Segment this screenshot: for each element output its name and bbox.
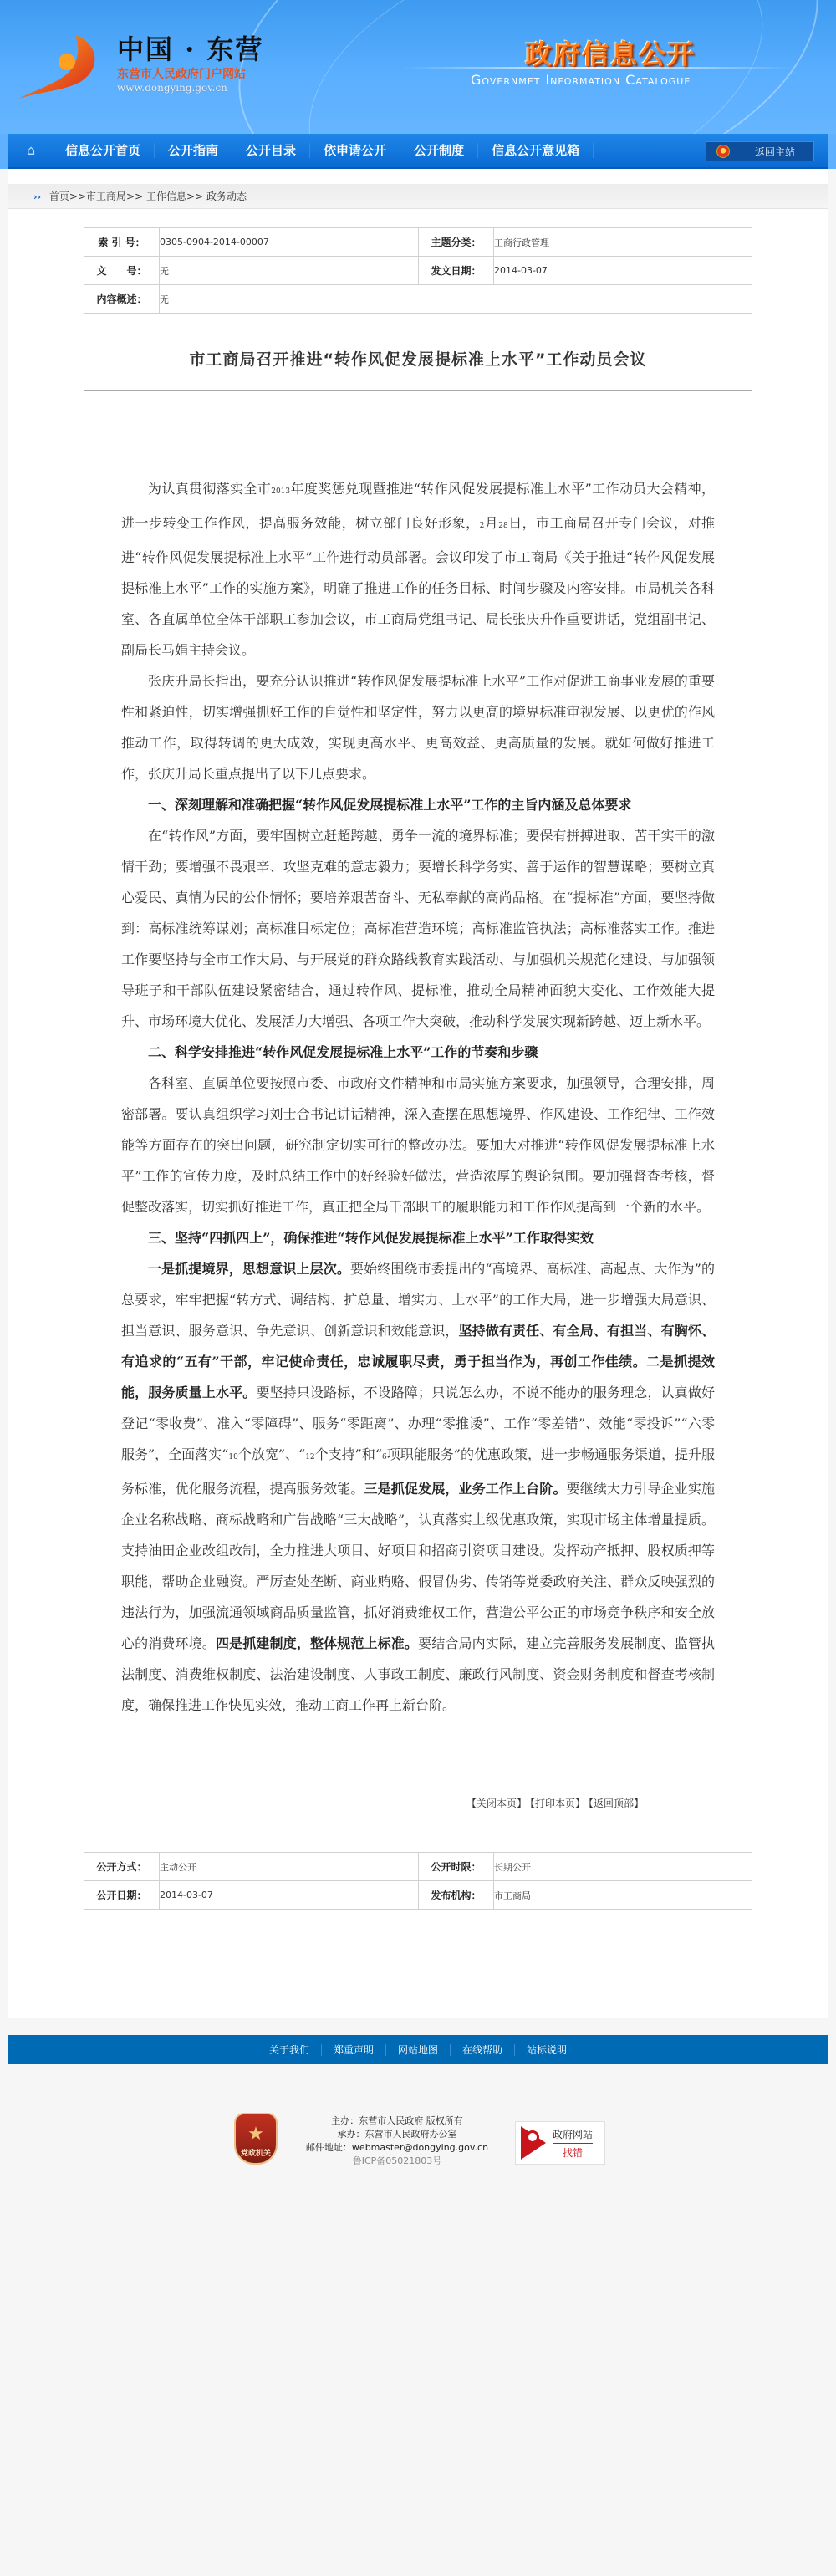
footer-text: 主办：东营市人民政府 版权所有 承办：东营市人民政府办公室 邮件地址：webma… xyxy=(284,2114,510,2168)
title-divider xyxy=(401,67,794,69)
report-site-error-button[interactable]: 政府网站 找错 xyxy=(515,2121,605,2165)
footer-email: 邮件地址：webmaster@dongying.gov.cn xyxy=(284,2141,510,2155)
index-no-value: 0305-0904-2014-00007 xyxy=(160,228,419,257)
paragraph-section-2: 各科室、直属单位要按照市委、市政府文件精神和市局实施方案要求，加强领导，合理安排… xyxy=(121,1068,715,1222)
summary-value: 无 xyxy=(160,285,752,314)
publish-mode-value: 主动公开 xyxy=(160,1853,419,1881)
publication-meta-table: 公开方式： 主动公开 公开时限： 长期公开 公开日期： 2014-03-07 发… xyxy=(84,1852,752,1910)
chevron-right-icon: ›› xyxy=(33,191,41,202)
gov-info-title-en: Governmet Information Catalogue xyxy=(471,72,691,88)
page-actions: 【关闭本页】【打印本页】【返回顶部】 xyxy=(84,1796,752,1810)
publisher-label: 发布机构： xyxy=(419,1881,494,1910)
back-to-top-link[interactable]: 【返回顶部】 xyxy=(589,1798,644,1809)
publish-date-label: 公开日期： xyxy=(84,1881,160,1910)
paragraph-director-remarks: 张庆升局长指出，要充分认识推进“转作风促发展提标准上水平”工作对促进工商事业发展… xyxy=(121,666,715,789)
doc-no-value: 无 xyxy=(160,257,419,285)
section-heading-1: 一、深刻理解和准确把握“转作风促发展提标准上水平”工作的主旨内涵及总体要求 xyxy=(121,789,715,820)
footer-icp[interactable]: 鲁ICP备05021803号 xyxy=(284,2155,510,2168)
publish-period-value: 长期公开 xyxy=(494,1853,752,1881)
publisher-value: 市工商局 xyxy=(494,1881,752,1910)
nav-wrapper: ⌂ 信息公开首页 公开指南 公开目录 依申请公开 公开制度 信息公开意见箱 返回… xyxy=(0,134,836,169)
summary-label: 内容概述： xyxy=(84,285,160,314)
main-nav: ⌂ 信息公开首页 公开指南 公开目录 依申请公开 公开制度 信息公开意见箱 返回… xyxy=(8,134,828,169)
index-no-label: 索 引 号： xyxy=(84,228,160,257)
nav-item-catalogue[interactable]: 公开目录 xyxy=(232,143,310,158)
document-meta-table: 索 引 号： 0305-0904-2014-00007 主题分类： 工商行政管理… xyxy=(84,227,752,314)
footer-info: ★ 党政机关 主办：东营市人民政府 版权所有 承办：东营市人民政府办公室 邮件地… xyxy=(0,2064,836,2248)
doc-no-label: 文 号： xyxy=(84,257,160,285)
article-body: 为认真贯彻落实全市2013年度奖惩兑现暨推进“转作风促发展提标准上水平”工作动员… xyxy=(121,473,715,1721)
close-page-link[interactable]: 【关闭本页】 xyxy=(466,1798,527,1809)
nav-item-feedback[interactable]: 信息公开意见箱 xyxy=(478,143,594,158)
footer-nav: 关于我们 郑重声明 网站地图 在线帮助 站标说明 xyxy=(8,2035,828,2064)
gov-info-title: 政府信息公开 xyxy=(525,33,696,72)
footer-link-help[interactable]: 在线帮助 xyxy=(451,2044,515,2056)
breadcrumb-gov-news[interactable]: 政务动态 xyxy=(206,191,247,202)
site-title: 中国 · 东营 xyxy=(117,28,263,67)
magnifier-icon xyxy=(526,2130,539,2144)
nav-item-home[interactable]: 信息公开首页 xyxy=(52,143,155,158)
footer-link-disclaimer[interactable]: 郑重声明 xyxy=(322,2044,386,2056)
national-emblem-icon xyxy=(716,145,730,158)
article-title: 市工商局召开推进“转作风促发展提标准上水平”工作动员会议 xyxy=(8,347,828,370)
issue-date-label: 发文日期： xyxy=(419,257,494,285)
breadcrumb-home[interactable]: 首页 xyxy=(49,191,69,202)
paragraph-intro: 为认真贯彻落实全市2013年度奖惩兑现暨推进“转作风促发展提标准上水平”工作动员… xyxy=(121,473,715,666)
category-value: 工商行政管理 xyxy=(494,228,752,257)
breadcrumb-work-info[interactable]: 工作信息 xyxy=(146,191,186,202)
breadcrumb: ›› 首页>>市工商局>> 工作信息>> 政务动态 xyxy=(8,184,828,209)
print-page-link[interactable]: 【打印本页】 xyxy=(530,1798,585,1809)
dongying-logo-icon xyxy=(15,32,107,99)
nav-item-apply[interactable]: 依申请公开 xyxy=(310,143,400,158)
publish-mode-label: 公开方式： xyxy=(84,1853,160,1881)
site-url: www.dongying.gov.cn xyxy=(117,82,227,94)
nav-item-rules[interactable]: 公开制度 xyxy=(400,143,478,158)
site-subtitle: 东营市人民政府门户网站 xyxy=(117,65,246,82)
section-heading-3: 三、坚持“四抓四上”，确保推进“转作风促发展提标准上水平”工作取得实效 xyxy=(121,1222,715,1253)
footer-organizer: 承办：东营市人民政府办公室 xyxy=(284,2128,510,2141)
paragraph-section-1: 在“转作风”方面，要牢固树立赶超跨越、勇争一流的境界标准；要保有拼搏进取、苦干实… xyxy=(121,820,715,1037)
footer-link-about[interactable]: 关于我们 xyxy=(257,2044,322,2056)
category-label: 主题分类： xyxy=(419,228,494,257)
home-icon[interactable]: ⌂ xyxy=(27,144,40,157)
paragraph-section-3: 一是抓提境界，思想意识上层次。要始终围绕市委提出的“高境界、高标准、高起点、大作… xyxy=(121,1253,715,1721)
back-to-main-site-label: 返回主站 xyxy=(755,145,795,159)
footer-link-logo-info[interactable]: 站标说明 xyxy=(515,2044,579,2056)
publish-date-value: 2014-03-07 xyxy=(160,1881,419,1910)
breadcrumb-bureau[interactable]: 市工商局 xyxy=(86,191,126,202)
issue-date-value: 2014-03-07 xyxy=(494,257,752,285)
publish-period-label: 公开时限： xyxy=(419,1853,494,1881)
back-to-main-site-button[interactable]: 返回主站 xyxy=(706,141,814,161)
section-heading-2: 二、科学安排推进“转作风促发展提标准上水平”工作的节奏和步骤 xyxy=(121,1037,715,1068)
header-banner: 中国 · 东营 东营市人民政府门户网站 www.dongying.gov.cn … xyxy=(0,0,836,134)
party-government-badge-icon[interactable]: ★ 党政机关 xyxy=(234,2113,278,2165)
footer-sponsor: 主办：东营市人民政府 版权所有 xyxy=(284,2114,510,2128)
title-divider-line xyxy=(84,390,752,391)
page-container: ›› 首页>>市工商局>> 工作信息>> 政务动态 索 引 号： 0305-09… xyxy=(8,169,828,2018)
nav-item-guide[interactable]: 公开指南 xyxy=(155,143,232,158)
footer-link-sitemap[interactable]: 网站地图 xyxy=(386,2044,451,2056)
